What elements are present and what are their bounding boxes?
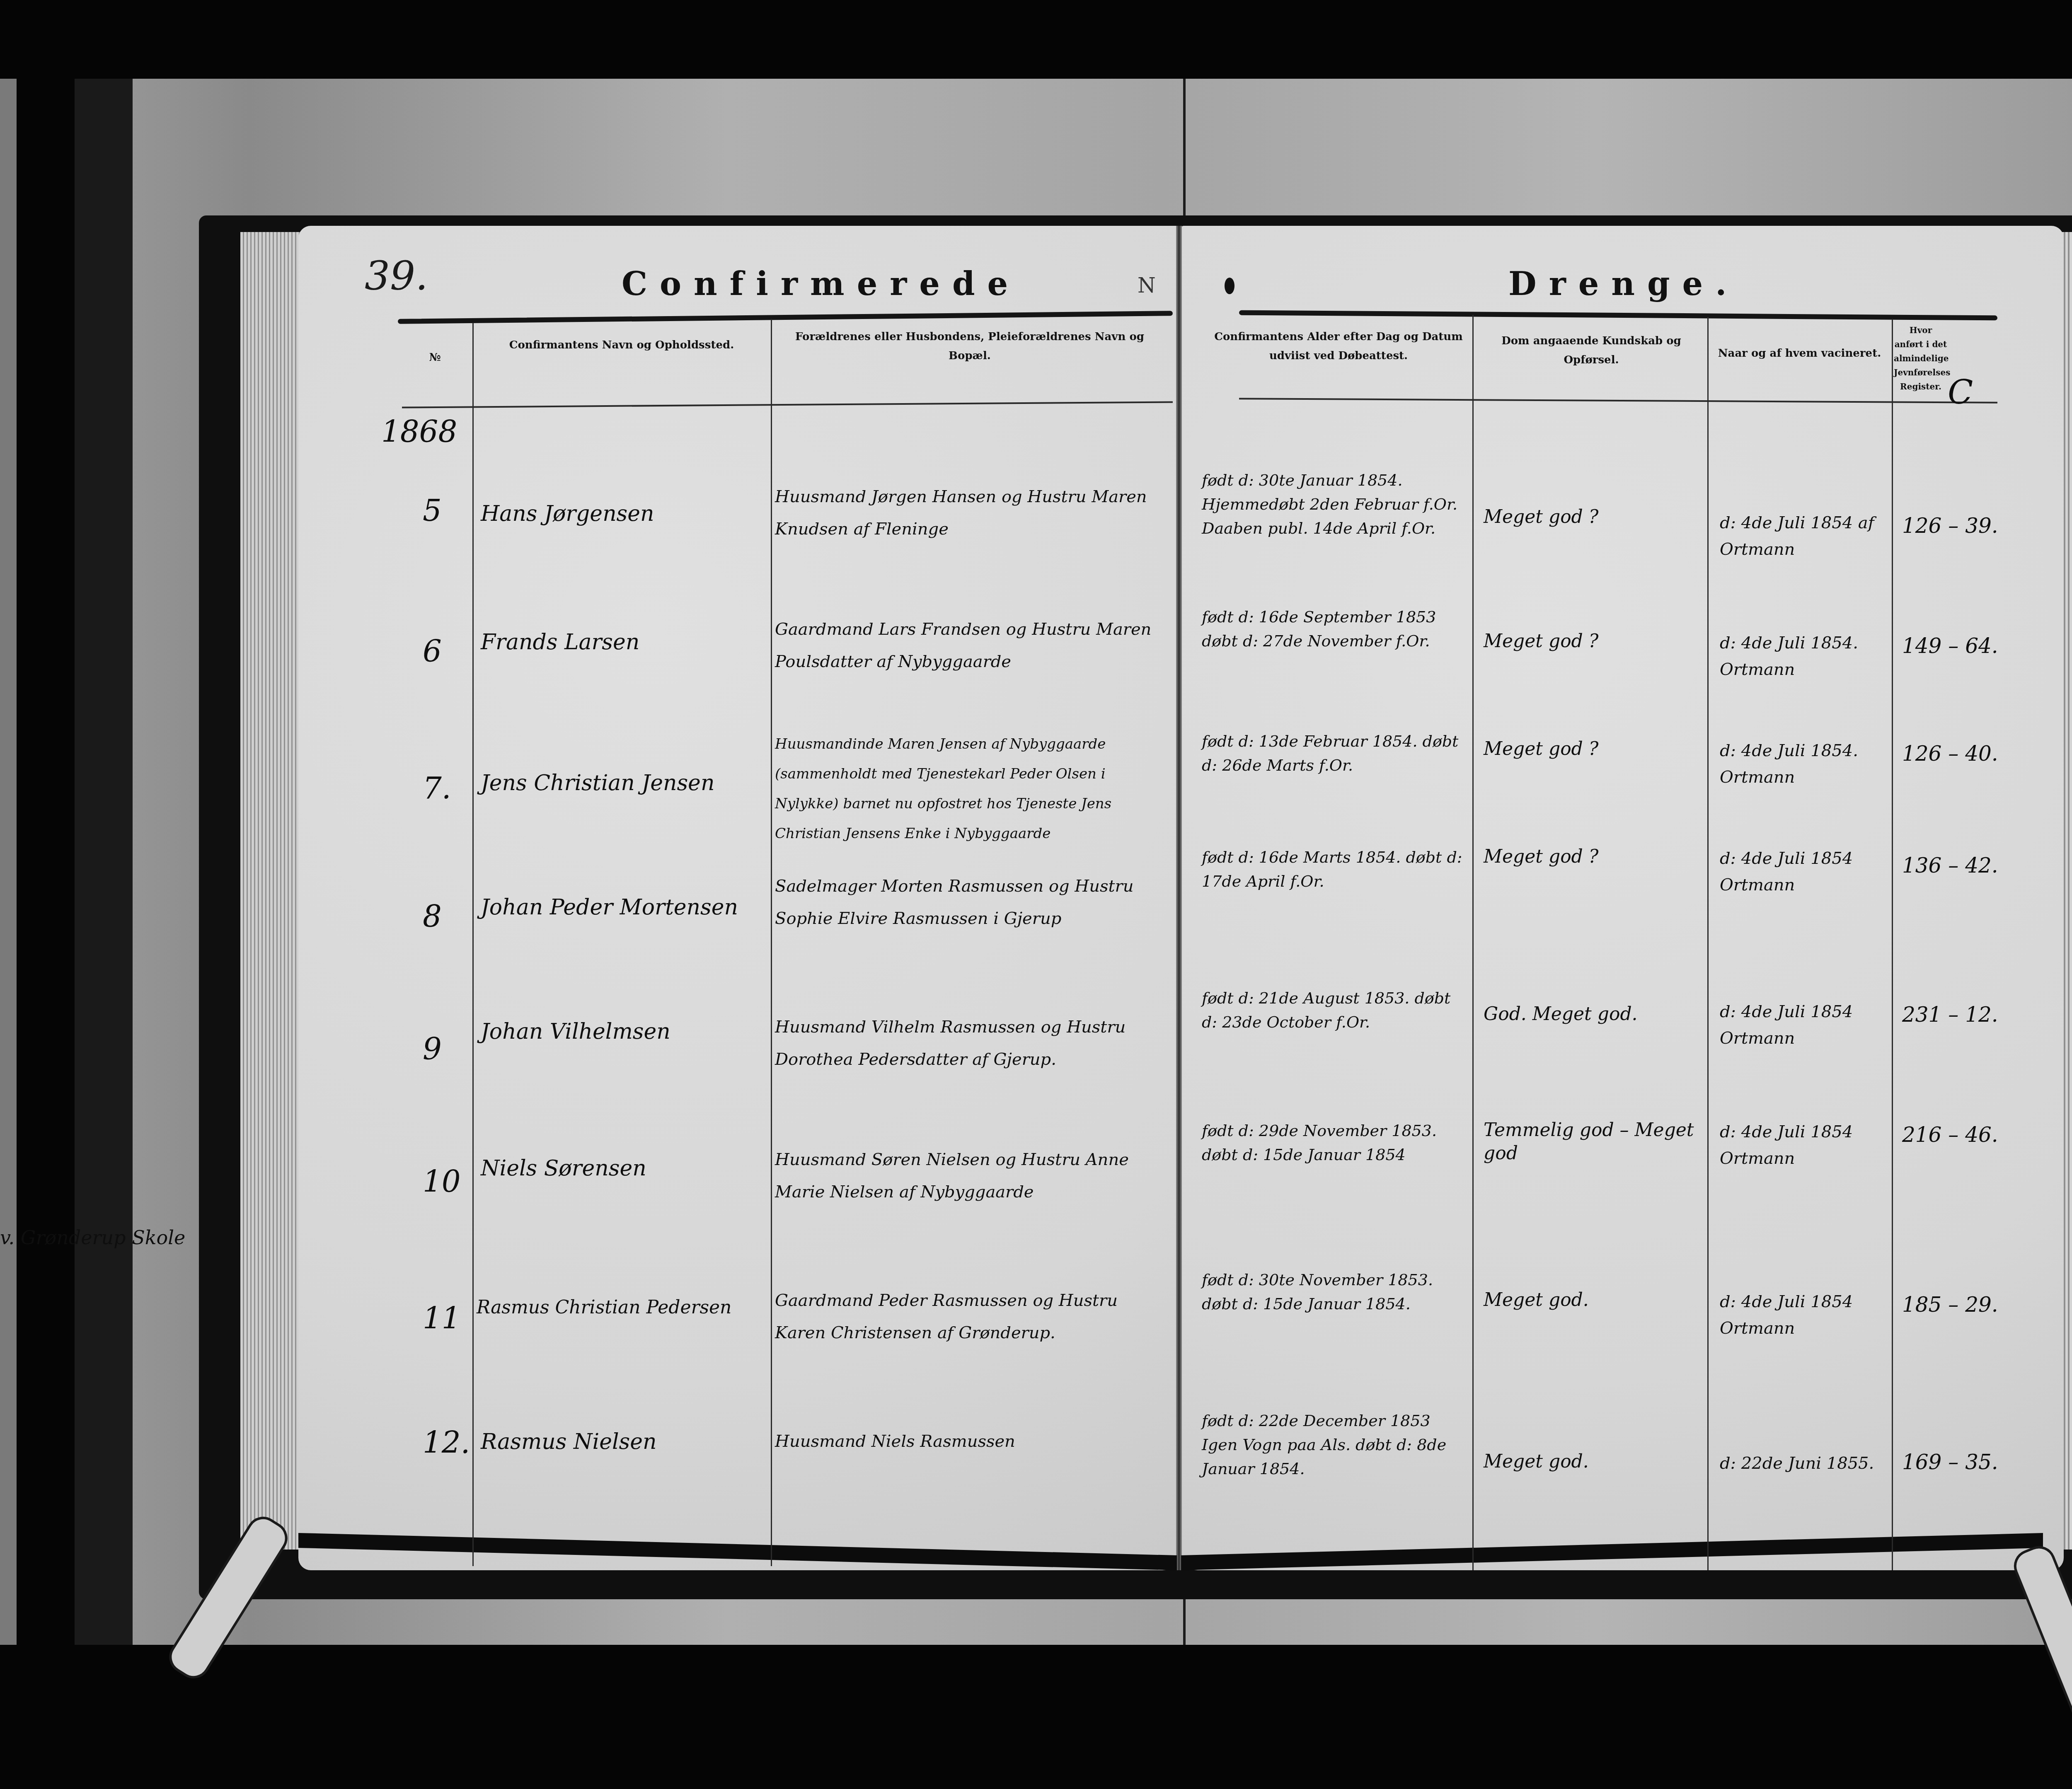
entry-number: 11 xyxy=(423,1301,461,1336)
entry-conduct: Meget god ? xyxy=(1484,845,1707,868)
column-divider xyxy=(1472,315,1474,1570)
column-divider xyxy=(472,323,474,1566)
entry-vaccination: d: 4de Juli 1854 af Ortmann xyxy=(1720,510,1902,563)
entry-vaccination: d: 22de Juni 1855. xyxy=(1720,1450,1902,1477)
year-marker: 1868 xyxy=(381,414,457,449)
entry-dates: født d: 30te Januar 1854. Hjemmedøbt 2de… xyxy=(1202,468,1467,540)
entry-register-ref: 185 – 29. xyxy=(1902,1293,1998,1317)
register-margin-mark: C xyxy=(1948,373,1973,411)
book-gutter xyxy=(1176,226,1182,1570)
entry-number: 12. xyxy=(423,1425,470,1460)
page-title-left: Confirmerede xyxy=(622,265,1020,303)
entry-register-ref: 126 – 39. xyxy=(1902,514,1998,538)
entry-parents: Gaardmand Lars Frandsen og Hustru Maren … xyxy=(775,613,1173,678)
page-edges-left xyxy=(240,232,303,1550)
entry-dates: født d: 30te November 1853. døbt d: 15de… xyxy=(1202,1268,1467,1316)
entry-name: Rasmus Nielsen xyxy=(481,1429,657,1454)
column-divider xyxy=(771,319,772,1566)
page-number: 39. xyxy=(365,253,428,299)
entry-dates: født d: 16de Marts 1854. døbt d: 17de Ap… xyxy=(1202,845,1467,893)
entry-register-ref: 136 – 42. xyxy=(1902,853,1998,878)
entry-parents: Huusmand Jørgen Hansen og Hustru Maren K… xyxy=(775,481,1173,545)
ink-dot-icon xyxy=(1225,278,1234,294)
scanner-frame-edge xyxy=(0,79,17,1645)
column-divider xyxy=(1707,317,1709,1570)
entry-name: Johan Peder Mortensen xyxy=(481,895,738,920)
entry-vaccination: d: 4de Juli 1854 Ortmann xyxy=(1720,845,1902,898)
entry-number: 9 xyxy=(423,1032,442,1066)
entry-number: 8 xyxy=(423,899,442,934)
entry-parents: Huusmand Vilhelm Rasmussen og Hustru Dor… xyxy=(775,1011,1173,1076)
right-page xyxy=(1181,226,2064,1570)
entry-name: Niels Sørensen xyxy=(481,1156,646,1181)
column-header-register: Hvor anført i det almindelige Jevnførels… xyxy=(1894,323,1948,394)
page-title-right: Drenge. xyxy=(1508,265,1739,303)
entry-dates: født d: 22de December 1853 Igen Vogn paa… xyxy=(1202,1409,1467,1481)
entry-vaccination: d: 4de Juli 1854 Ortmann xyxy=(1720,1119,1902,1172)
entry-conduct: Meget god. xyxy=(1484,1289,1707,1312)
entry-number: 5 xyxy=(423,493,442,528)
entry-vaccination: d: 4de Juli 1854. Ortmann xyxy=(1720,737,1902,791)
entry-register-ref: 149 – 64. xyxy=(1902,634,1998,658)
entry-dates: født d: 29de November 1853. døbt d: 15de… xyxy=(1202,1119,1467,1167)
entry-parents: Sadelmager Morten Rasmussen og Hustru So… xyxy=(775,870,1173,935)
entry-number: 10 xyxy=(423,1164,461,1199)
entry-dates: født d: 16de September 1853 døbt d: 27de… xyxy=(1202,605,1467,653)
entry-parents: Huusmand Søren Nielsen og Hustru Anne Ma… xyxy=(775,1144,1173,1208)
entry-conduct: Meget god ? xyxy=(1484,737,1707,761)
column-header-number: № xyxy=(410,348,460,367)
entry-vaccination: d: 4de Juli 1854 Ortmann xyxy=(1720,998,1902,1052)
entry-name: Frands Larsen xyxy=(481,630,639,655)
column-divider xyxy=(1892,319,1893,1570)
entry-conduct: Meget god ? xyxy=(1484,505,1707,529)
entry-conduct: Meget god. xyxy=(1484,1450,1707,1473)
header-mark: N xyxy=(1138,273,1156,297)
entry-number: 6 xyxy=(423,634,442,669)
entry-dates: født d: 13de Februar 1854. døbt d: 26de … xyxy=(1202,729,1467,777)
entry-parents: Huusmandinde Maren Jensen af Nybyggaarde… xyxy=(775,729,1173,849)
column-header-name: Confirmantens Navn og Opholdssted. xyxy=(481,336,762,355)
column-header-conduct: Dom angaaende Kundskab og Opførsel. xyxy=(1479,331,1703,370)
entry-parents: Huusmand Niels Rasmussen xyxy=(775,1425,1173,1458)
entry-name: Rasmus Christian Pedersen xyxy=(477,1297,731,1318)
frame-bar-left xyxy=(75,79,133,1645)
entry-name: Jens Christian Jensen xyxy=(481,771,714,795)
entry-register-ref: 231 – 12. xyxy=(1902,1003,1998,1027)
entry-name: Hans Jørgensen xyxy=(481,501,654,526)
entry-parents: Gaardmand Peder Rasmussen og Hustru Kare… xyxy=(775,1284,1173,1349)
entry-dates: født d: 21de August 1853. døbt d: 23de O… xyxy=(1202,986,1467,1034)
entry-vaccination: d: 4de Juli 1854. Ortmann xyxy=(1720,630,1902,683)
column-header-dates: Confirmantens Alder efter Dag og Datum u… xyxy=(1214,327,1463,365)
entry-register-ref: 126 – 40. xyxy=(1902,742,1998,766)
entry-register-ref: 169 – 35. xyxy=(1902,1450,1998,1474)
entry-vaccination: d: 4de Juli 1854 Ortmann xyxy=(1720,1289,1902,1342)
entry-conduct: Temmelig god – Meget god xyxy=(1484,1119,1707,1165)
entry-register-ref: 216 – 46. xyxy=(1902,1123,1998,1147)
entry-number: 7. xyxy=(423,771,451,805)
entry-residence: v. Grønderup Skole xyxy=(0,1226,185,1249)
column-header-parents: Forældrenes eller Husbondens, Pleieforæl… xyxy=(779,327,1160,365)
entry-name: Johan Vilhelmsen xyxy=(481,1019,670,1044)
entry-conduct: God. Meget god. xyxy=(1484,1003,1707,1026)
entry-conduct: Meget god ? xyxy=(1484,630,1707,653)
column-header-vaccination: Naar og af hvem vacineret. xyxy=(1711,344,1888,363)
